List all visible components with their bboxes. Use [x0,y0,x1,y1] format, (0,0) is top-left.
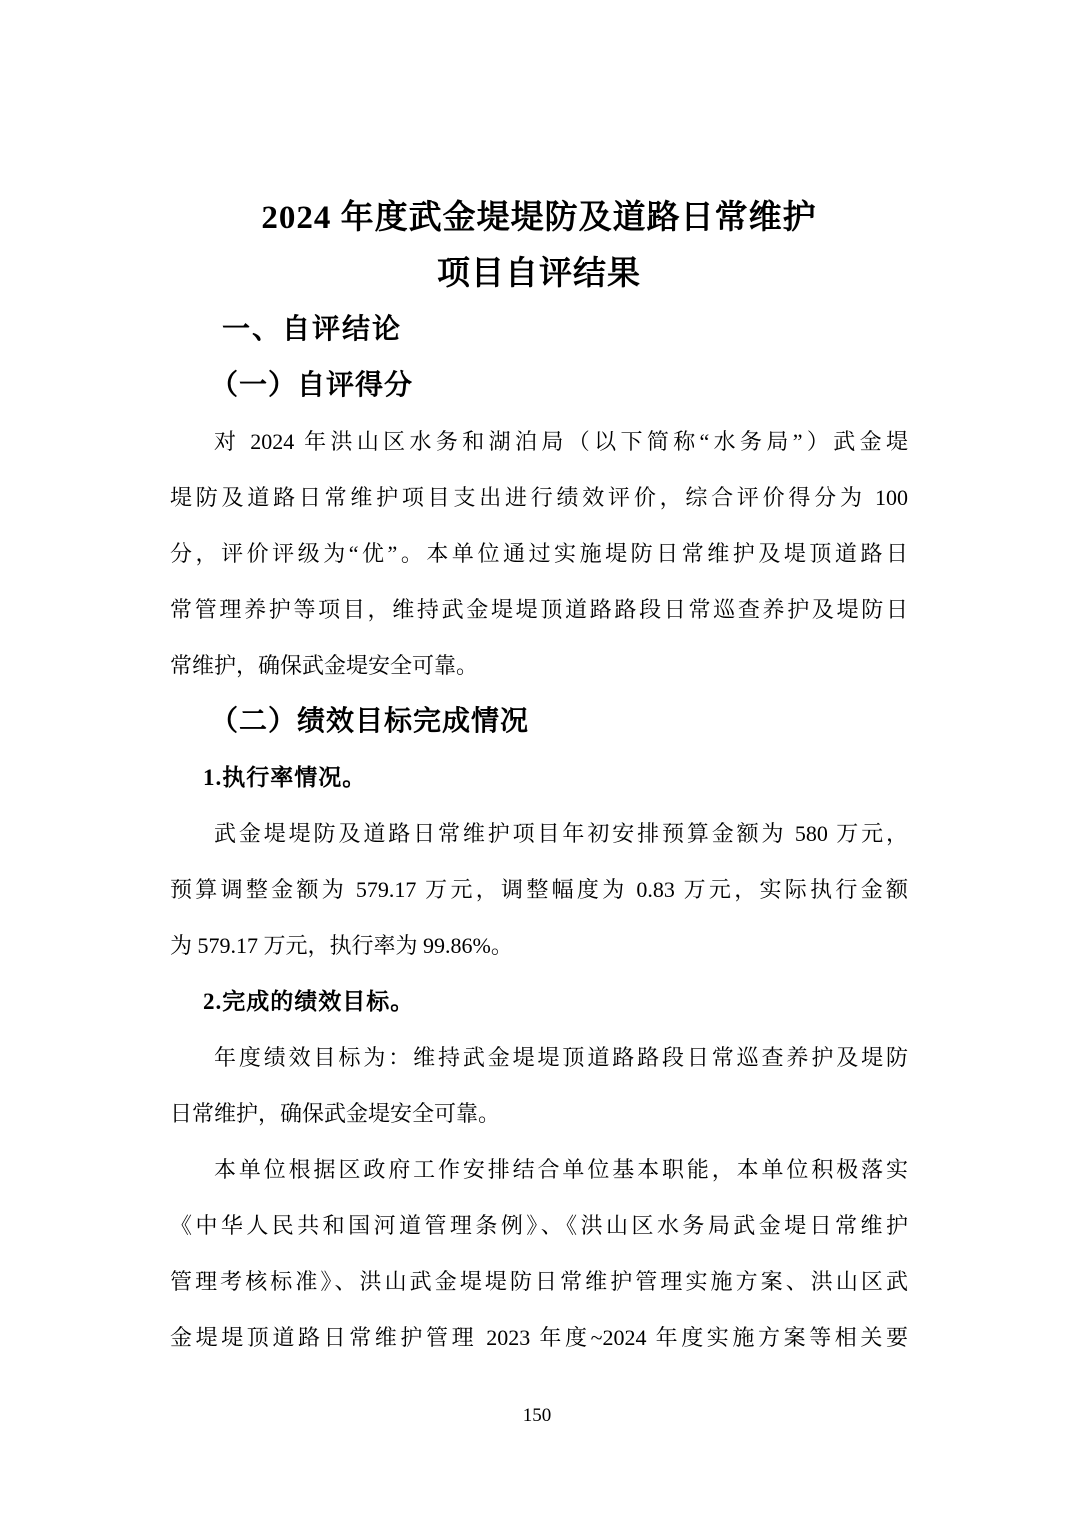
paragraph-line: 常维护，确保武金堤安全可靠。 [170,638,908,694]
paragraph-line: 为 579.17 万元，执行率为 99.86%。 [170,918,908,974]
footer-page-number: 150 [0,1402,1074,1430]
paragraph-line: 常管理养护等项目，维持武金堤堤顶道路路段日常巡查养护及堤防日 [170,582,908,638]
paragraph-line: 堤防及道路日常维护项目支出进行绩效评价，综合评价得分为 100 [170,470,908,526]
paragraph-implementation-basis: 本单位根据区政府工作安排结合单位基本职能，本单位积极落实 《中华人民共和国河道管… [170,1142,908,1366]
paragraph-line: 《中华人民共和国河道管理条例》、《洪山区水务局武金堤日常维护 [170,1198,908,1254]
document-title-line2: 项目自评结果 [170,246,908,302]
heading-self-evaluation-conclusion: 一、自评结论 [170,302,908,358]
paragraph-line: 对 2024 年洪山区水务和湖泊局（以下简称“水务局”）武金堤 [170,414,908,470]
paragraph-line: 预算调整金额为 579.17 万元，调整幅度为 0.83 万元，实际执行金额 [170,862,908,918]
paragraph-line: 管理考核标准》、洪山武金堤堤防日常维护管理实施方案、洪山区武 [170,1254,908,1310]
subheading-execution-rate: 1.执行率情况。 [170,750,908,806]
paragraph-line: 年度绩效目标为：维持武金堤堤顶道路路段日常巡查养护及堤防 [170,1030,908,1086]
paragraph-line: 分，评价评级为“优”。本单位通过实施堤防日常维护及堤顶道路日 [170,526,908,582]
subheading-completed-targets: 2.完成的绩效目标。 [170,974,908,1030]
document-content: 2024 年度武金堤堤防及道路日常维护 项目自评结果 一、自评结论 （一）自评得… [170,190,908,1366]
paragraph-score-summary: 对 2024 年洪山区水务和湖泊局（以下简称“水务局”）武金堤 堤防及道路日常维… [170,414,908,694]
paragraph-annual-target: 年度绩效目标为：维持武金堤堤顶道路路段日常巡查养护及堤防 日常维护，确保武金堤安… [170,1030,908,1142]
heading-self-evaluation-score: （一）自评得分 [170,358,908,414]
paragraph-line: 金堤堤顶道路日常维护管理 2023 年度~2024 年度实施方案等相关要 [170,1310,908,1366]
heading-performance-target-completion: （二）绩效目标完成情况 [170,694,908,750]
paragraph-execution-rate: 武金堤堤防及道路日常维护项目年初安排预算金额为 580 万元， 预算调整金额为 … [170,806,908,974]
paragraph-line: 本单位根据区政府工作安排结合单位基本职能，本单位积极落实 [170,1142,908,1198]
document-title-line1: 2024 年度武金堤堤防及道路日常维护 [170,190,908,246]
paragraph-line: 武金堤堤防及道路日常维护项目年初安排预算金额为 580 万元， [170,806,908,862]
document-page: 2024 年度武金堤堤防及道路日常维护 项目自评结果 一、自评结论 （一）自评得… [0,0,1074,1520]
paragraph-line: 日常维护，确保武金堤安全可靠。 [170,1086,908,1142]
